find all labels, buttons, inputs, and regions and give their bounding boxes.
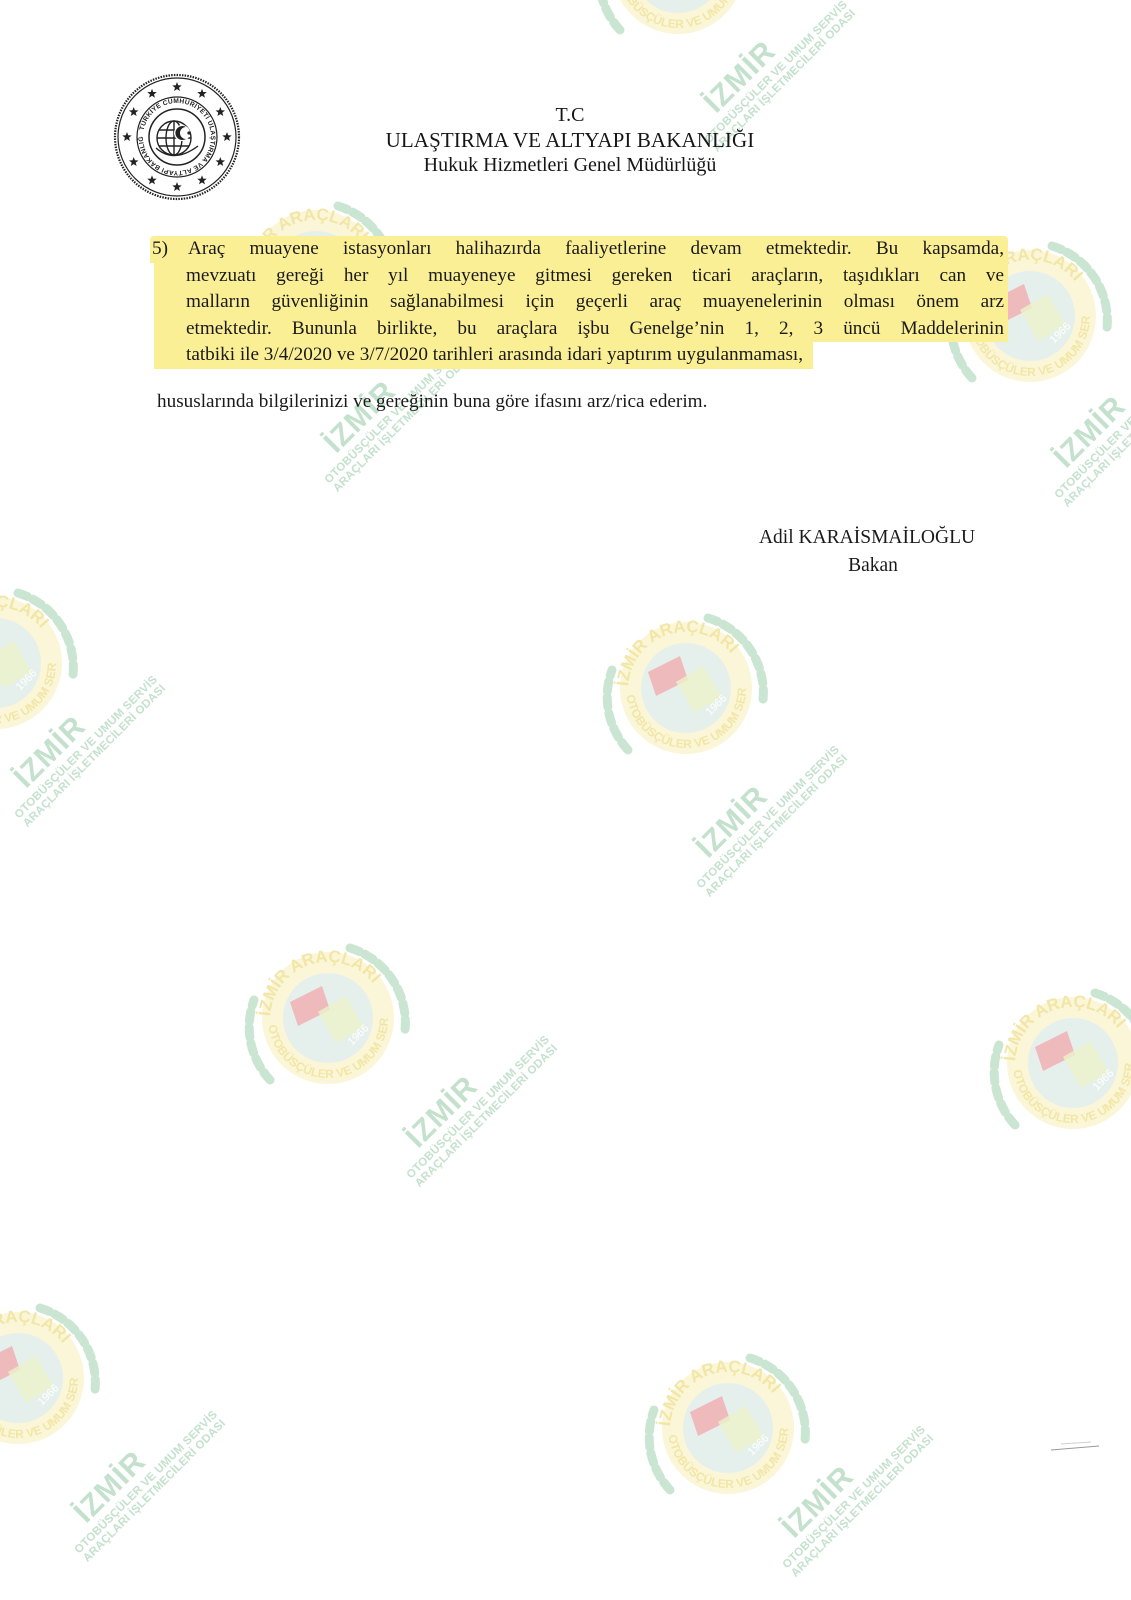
paragraph-line: etmektedir. Bununla birlikte, bu araçlar… bbox=[154, 316, 1008, 343]
signatory-name: Adil KARAİSMAİLOĞLU bbox=[700, 524, 1030, 552]
closing-sentence: hususlarında bilgilerinizi ve gereğinin … bbox=[157, 390, 707, 414]
paragraph-line: tatbiki ile 3/4/2020 ve 3/7/2020 tarihle… bbox=[154, 342, 813, 369]
highlighted-paragraph: 5)Araç muayene istasyonları halihazırda … bbox=[154, 236, 1008, 369]
paragraph-line: malların güvenliğinin sağlanabilmesi içi… bbox=[154, 289, 1008, 316]
article-item-5: 5)Araç muayene istasyonları halihazırda … bbox=[154, 236, 1034, 369]
document-page: TÜRKİYE CUMHURİYETİ ULAŞTIRMA VE ALTYAPI… bbox=[0, 0, 1131, 1600]
scan-artifact bbox=[1041, 1428, 1101, 1468]
ministry-seal-icon: TÜRKİYE CUMHURİYETİ ULAŞTIRMA VE ALTYAPI… bbox=[112, 72, 242, 202]
letterhead-department: Hukuk Hizmetleri Genel Müdürlüğü bbox=[340, 153, 800, 178]
letterhead-ministry: ULAŞTIRMA VE ALTYAPI BAKANLIĞI bbox=[340, 128, 800, 153]
letterhead: T.C ULAŞTIRMA VE ALTYAPI BAKANLIĞI Hukuk… bbox=[340, 103, 800, 178]
paragraph-line: 5)Araç muayene istasyonları halihazırda … bbox=[150, 236, 1008, 263]
signature-block: Adil KARAİSMAİLOĞLU Bakan bbox=[700, 524, 1030, 580]
paragraph-line: mevzuatı gereği her yıl muayeneye gitmes… bbox=[154, 263, 1008, 290]
signatory-title: Bakan bbox=[700, 552, 1030, 580]
letterhead-country: T.C bbox=[340, 103, 800, 128]
item-number: 5) bbox=[152, 236, 188, 263]
